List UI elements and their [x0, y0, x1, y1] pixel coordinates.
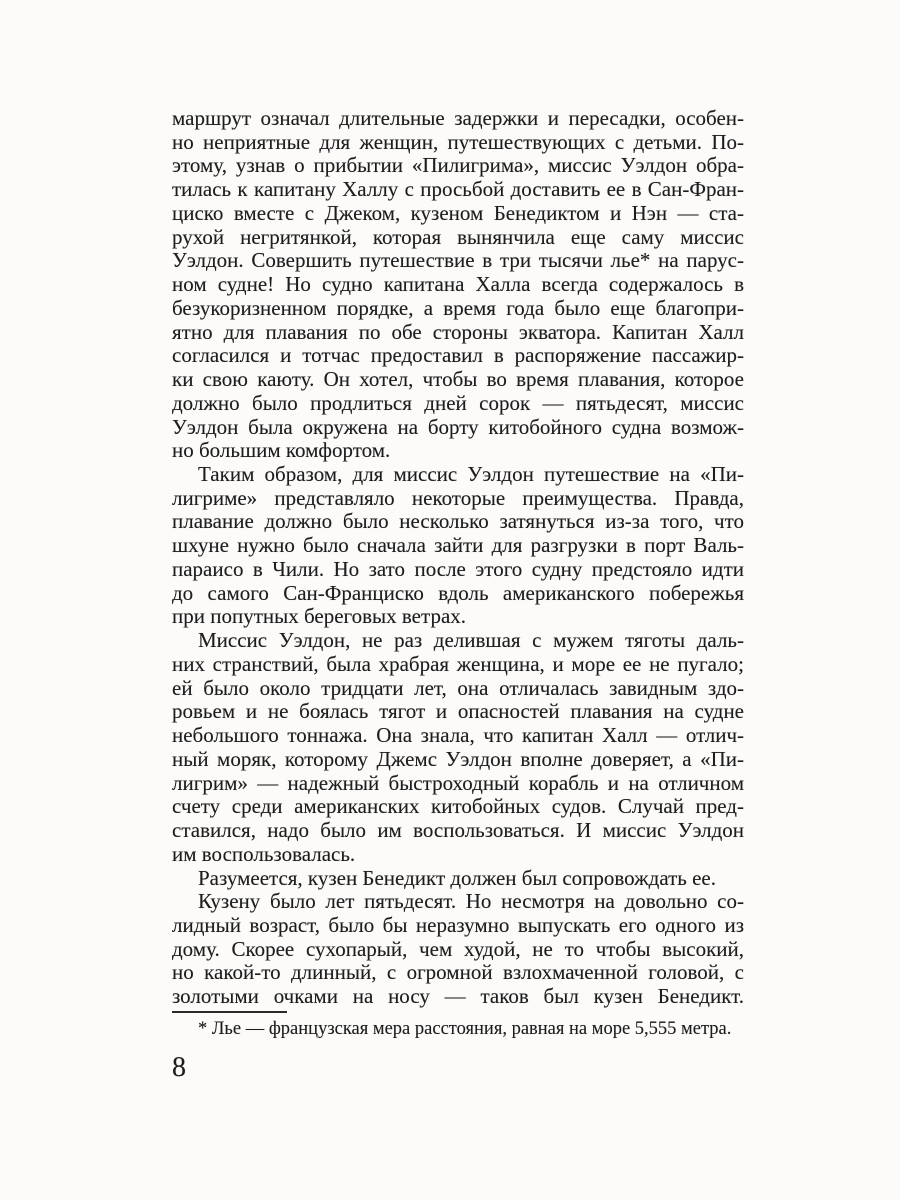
- text-line: ей было около тридцати лет, она отличала…: [172, 677, 744, 701]
- text-line: золотыми очками на носу — таков был кузе…: [172, 985, 744, 1009]
- text-line: Разумеется, кузен Бенедикт должен был со…: [172, 867, 744, 891]
- text-line: согласился и тотчас предоставил в распор…: [172, 344, 744, 368]
- text-line: лигриме» представляло некоторые преимуще…: [172, 487, 744, 511]
- page-number: 8: [172, 1053, 186, 1083]
- text-line: тилась к капитану Халлу с просьбой доста…: [172, 178, 744, 202]
- text-line: Уэлдон. Совершить путешествие в три тыся…: [172, 249, 744, 273]
- text-line: плавание должно было несколько затянутьс…: [172, 510, 744, 534]
- text-line: циско вместе с Джеком, кузеном Бенедикто…: [172, 202, 744, 226]
- text-line: при попутных береговых ветрах.: [172, 605, 744, 629]
- footnote-text: * Лье — французская мера расстояния, рав…: [172, 1017, 744, 1041]
- text-line: счету среди американских китобойных судо…: [172, 795, 744, 819]
- text-line: Уэлдон была окружена на борту китобойног…: [172, 416, 744, 440]
- text-line: Таким образом, для миссис Уэлдон путешес…: [172, 463, 744, 487]
- text-line: лигрим» — надежный быстроходный корабль …: [172, 772, 744, 796]
- text-line: ный моряк, которому Джемс Уэлдон вполне …: [172, 748, 744, 772]
- text-line: лидный возраст, было бы неразумно выпуск…: [172, 914, 744, 938]
- text-line: рухой негритянкой, которая вынянчила еще…: [172, 226, 744, 250]
- text-line: маршрут означал длительные задержки и пе…: [172, 107, 744, 131]
- text-line: но большим комфортом.: [172, 439, 744, 463]
- text-line: параисо в Чили. Но зато после этого судн…: [172, 558, 744, 582]
- text-line: Кузену было лет пятьдесят. Но несмотря н…: [172, 890, 744, 914]
- text-line: небольшого тоннажа. Она знала, что капит…: [172, 724, 744, 748]
- text-line: Миссис Уэлдон, не раз делившая с мужем т…: [172, 629, 744, 653]
- book-page: маршрут означал длительные задержки и пе…: [0, 0, 900, 1200]
- text-line: ровьем и не боялась тягот и опасностей п…: [172, 700, 744, 724]
- text-line: но неприятные для женщин, путешествующих…: [172, 131, 744, 155]
- text-line: безукоризненном порядке, а время года бы…: [172, 297, 744, 321]
- text-line: но какой-то длинный, с огромной взлохмач…: [172, 961, 744, 985]
- footnote-divider: [172, 1011, 287, 1013]
- text-line: ки свою каюту. Он хотел, чтобы во время …: [172, 368, 744, 392]
- page-text: маршрут означал длительные задержки и пе…: [172, 107, 744, 1009]
- text-line: должно было продлиться дней сорок — пять…: [172, 392, 744, 416]
- text-line: дому. Скорее сухопарый, чем худой, не то…: [172, 938, 744, 962]
- text-line: шхуне нужно было сначала зайти для разгр…: [172, 534, 744, 558]
- text-line: них странствий, была храбрая женщина, и …: [172, 653, 744, 677]
- text-line: им воспользовалась.: [172, 843, 744, 867]
- text-line: до самого Сан-Франциско вдоль американск…: [172, 582, 744, 606]
- text-line: ном судне! Но судно капитана Халла всегд…: [172, 273, 744, 297]
- text-line: ставился, надо было им воспользоваться. …: [172, 819, 744, 843]
- text-line: этому, узнав о прибытии «Пилигрима», мис…: [172, 154, 744, 178]
- text-line: ятно для плавания по обе стороны экватор…: [172, 321, 744, 345]
